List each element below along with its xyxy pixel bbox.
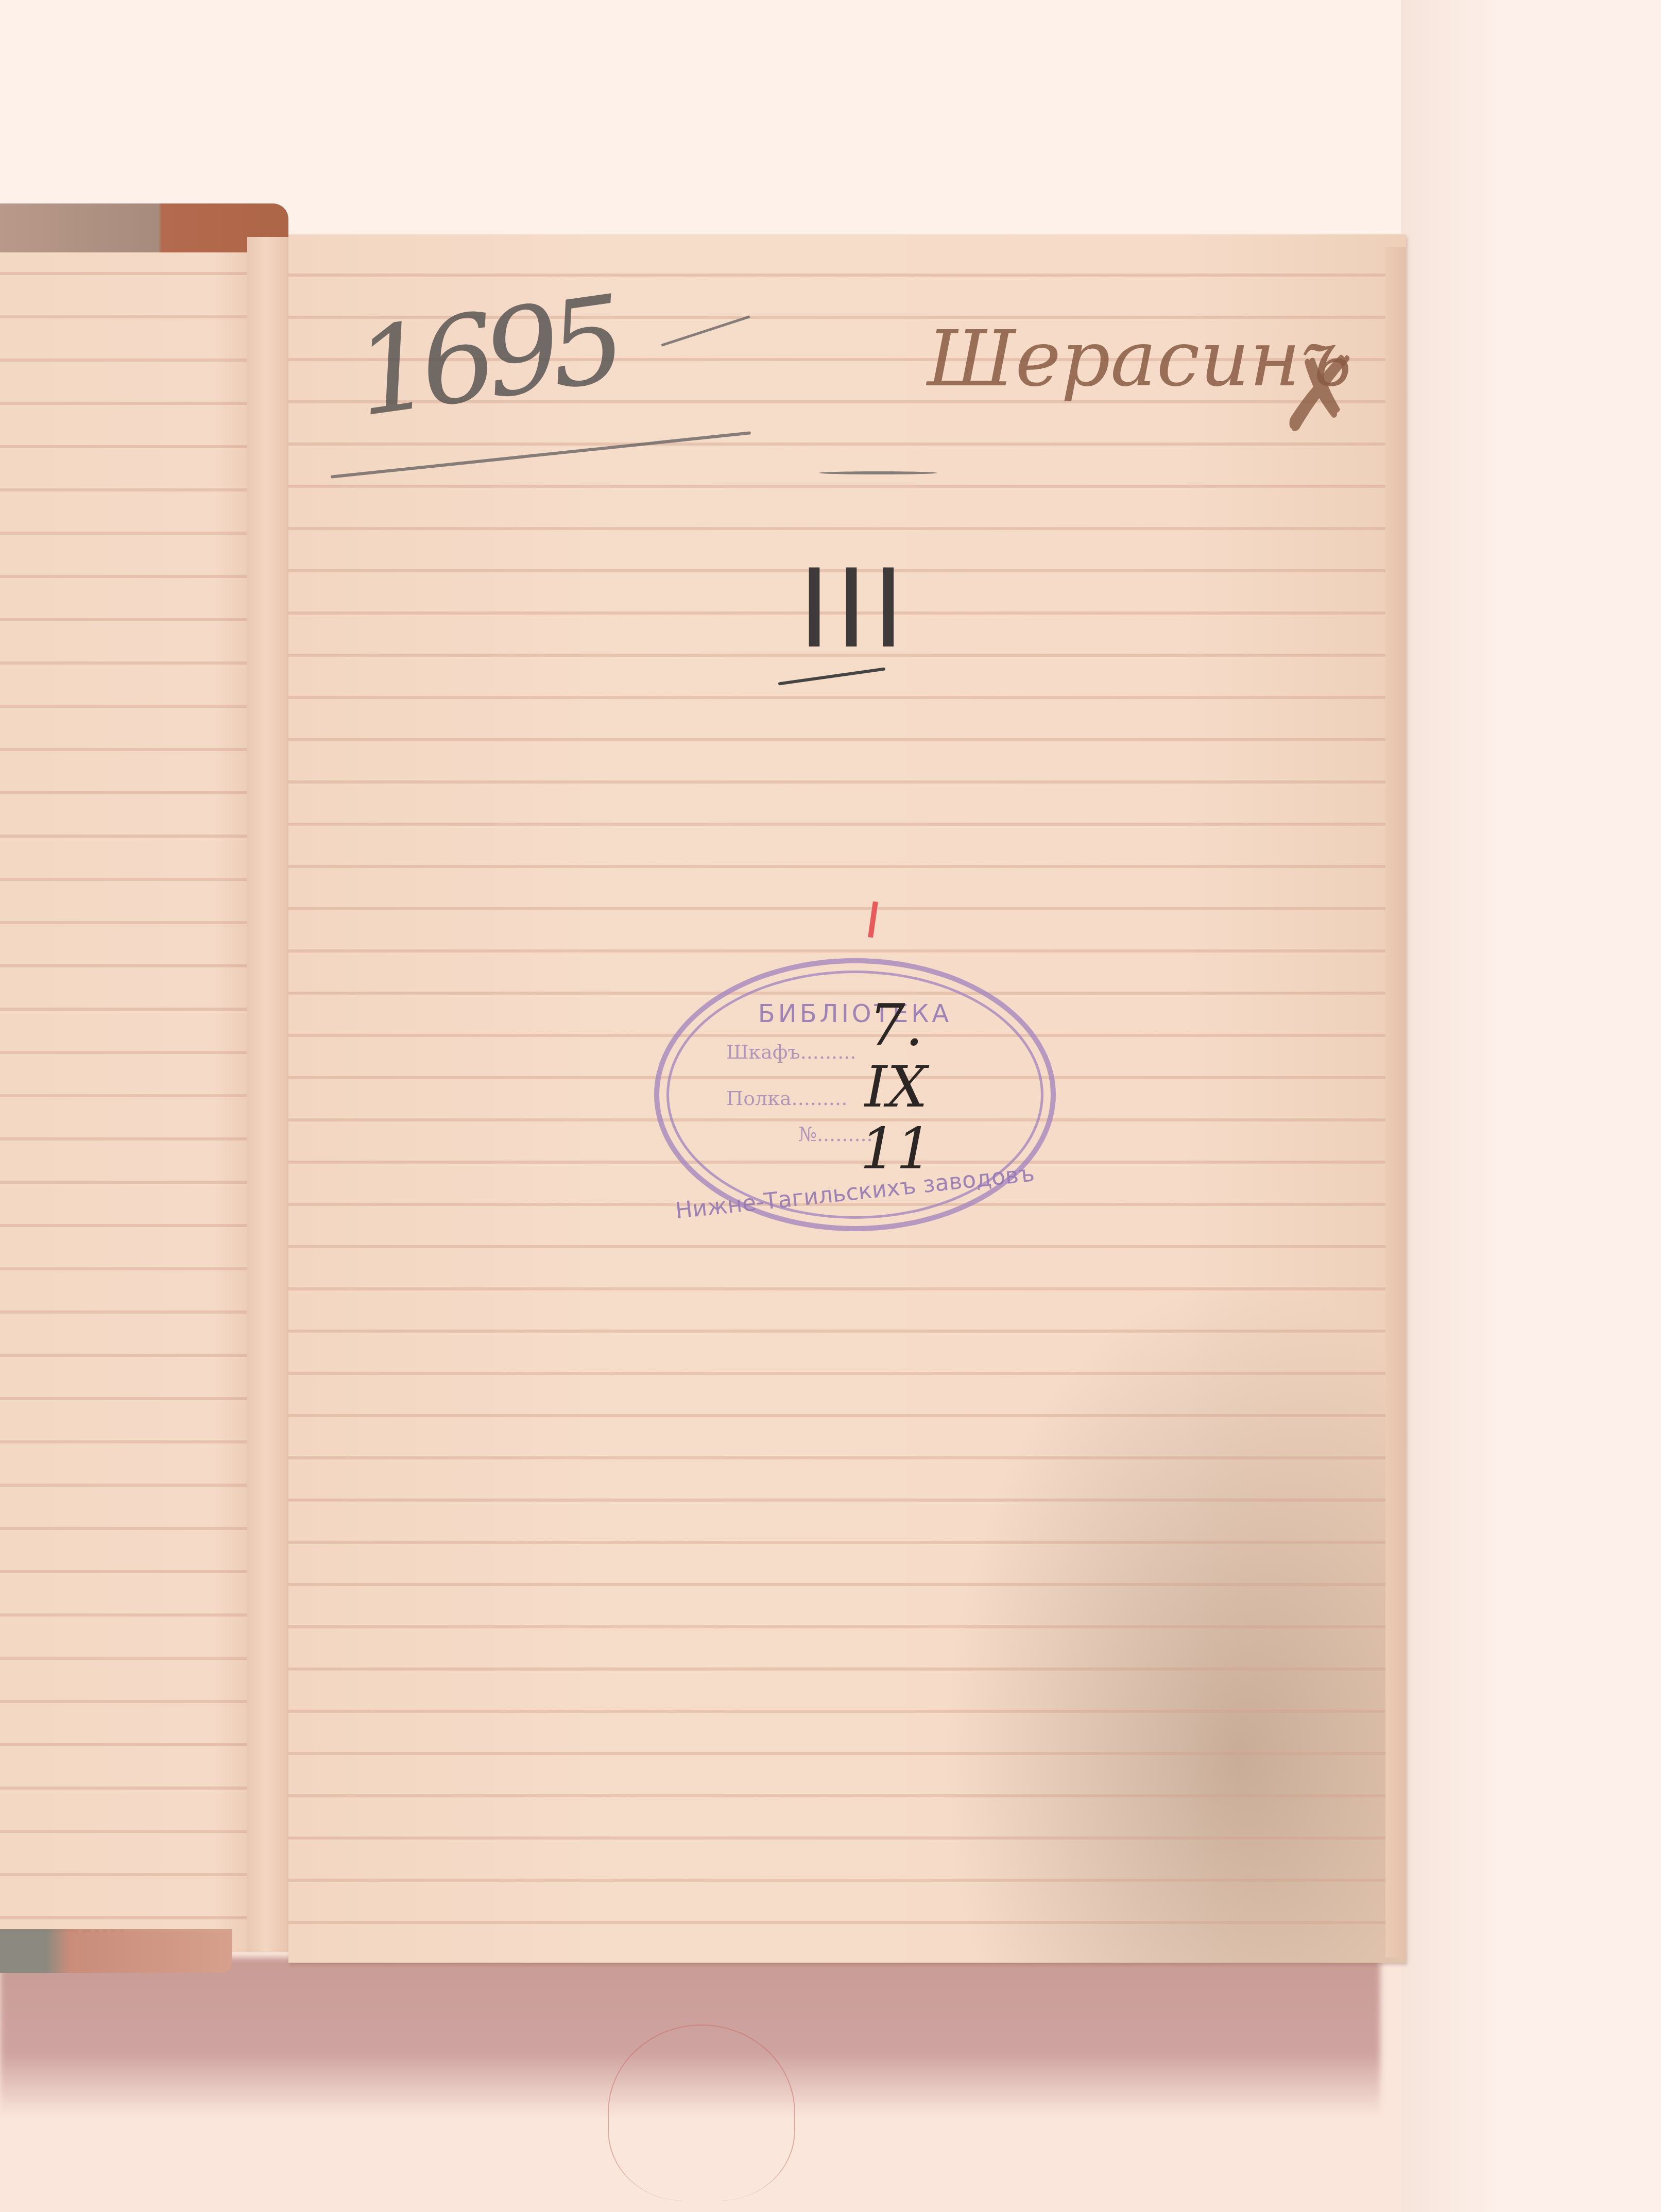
book-gutter — [247, 237, 294, 1952]
left-page — [0, 232, 268, 1952]
signature-flourish: ✗ — [1277, 335, 1364, 455]
shelfmark-cabinet: 7. — [845, 994, 948, 1056]
pencil-dash — [819, 471, 937, 474]
stamp-field-shelf: Полка......... — [726, 1087, 847, 1110]
shelfmark-number: 11 — [845, 1118, 948, 1180]
book-spine-bottom — [0, 1929, 232, 1973]
background-right — [1401, 0, 1661, 2212]
stamp-field-cabinet: Шкафъ......... — [726, 1041, 856, 1063]
shelfmark-shelf: IX — [845, 1056, 948, 1118]
book-spine-top — [0, 203, 288, 252]
roman-numeral: III — [798, 546, 910, 672]
stray-hair — [608, 2024, 795, 2201]
handwritten-shelfmark: 7. IX 11 — [845, 994, 948, 1180]
page-edge — [1385, 247, 1406, 1958]
